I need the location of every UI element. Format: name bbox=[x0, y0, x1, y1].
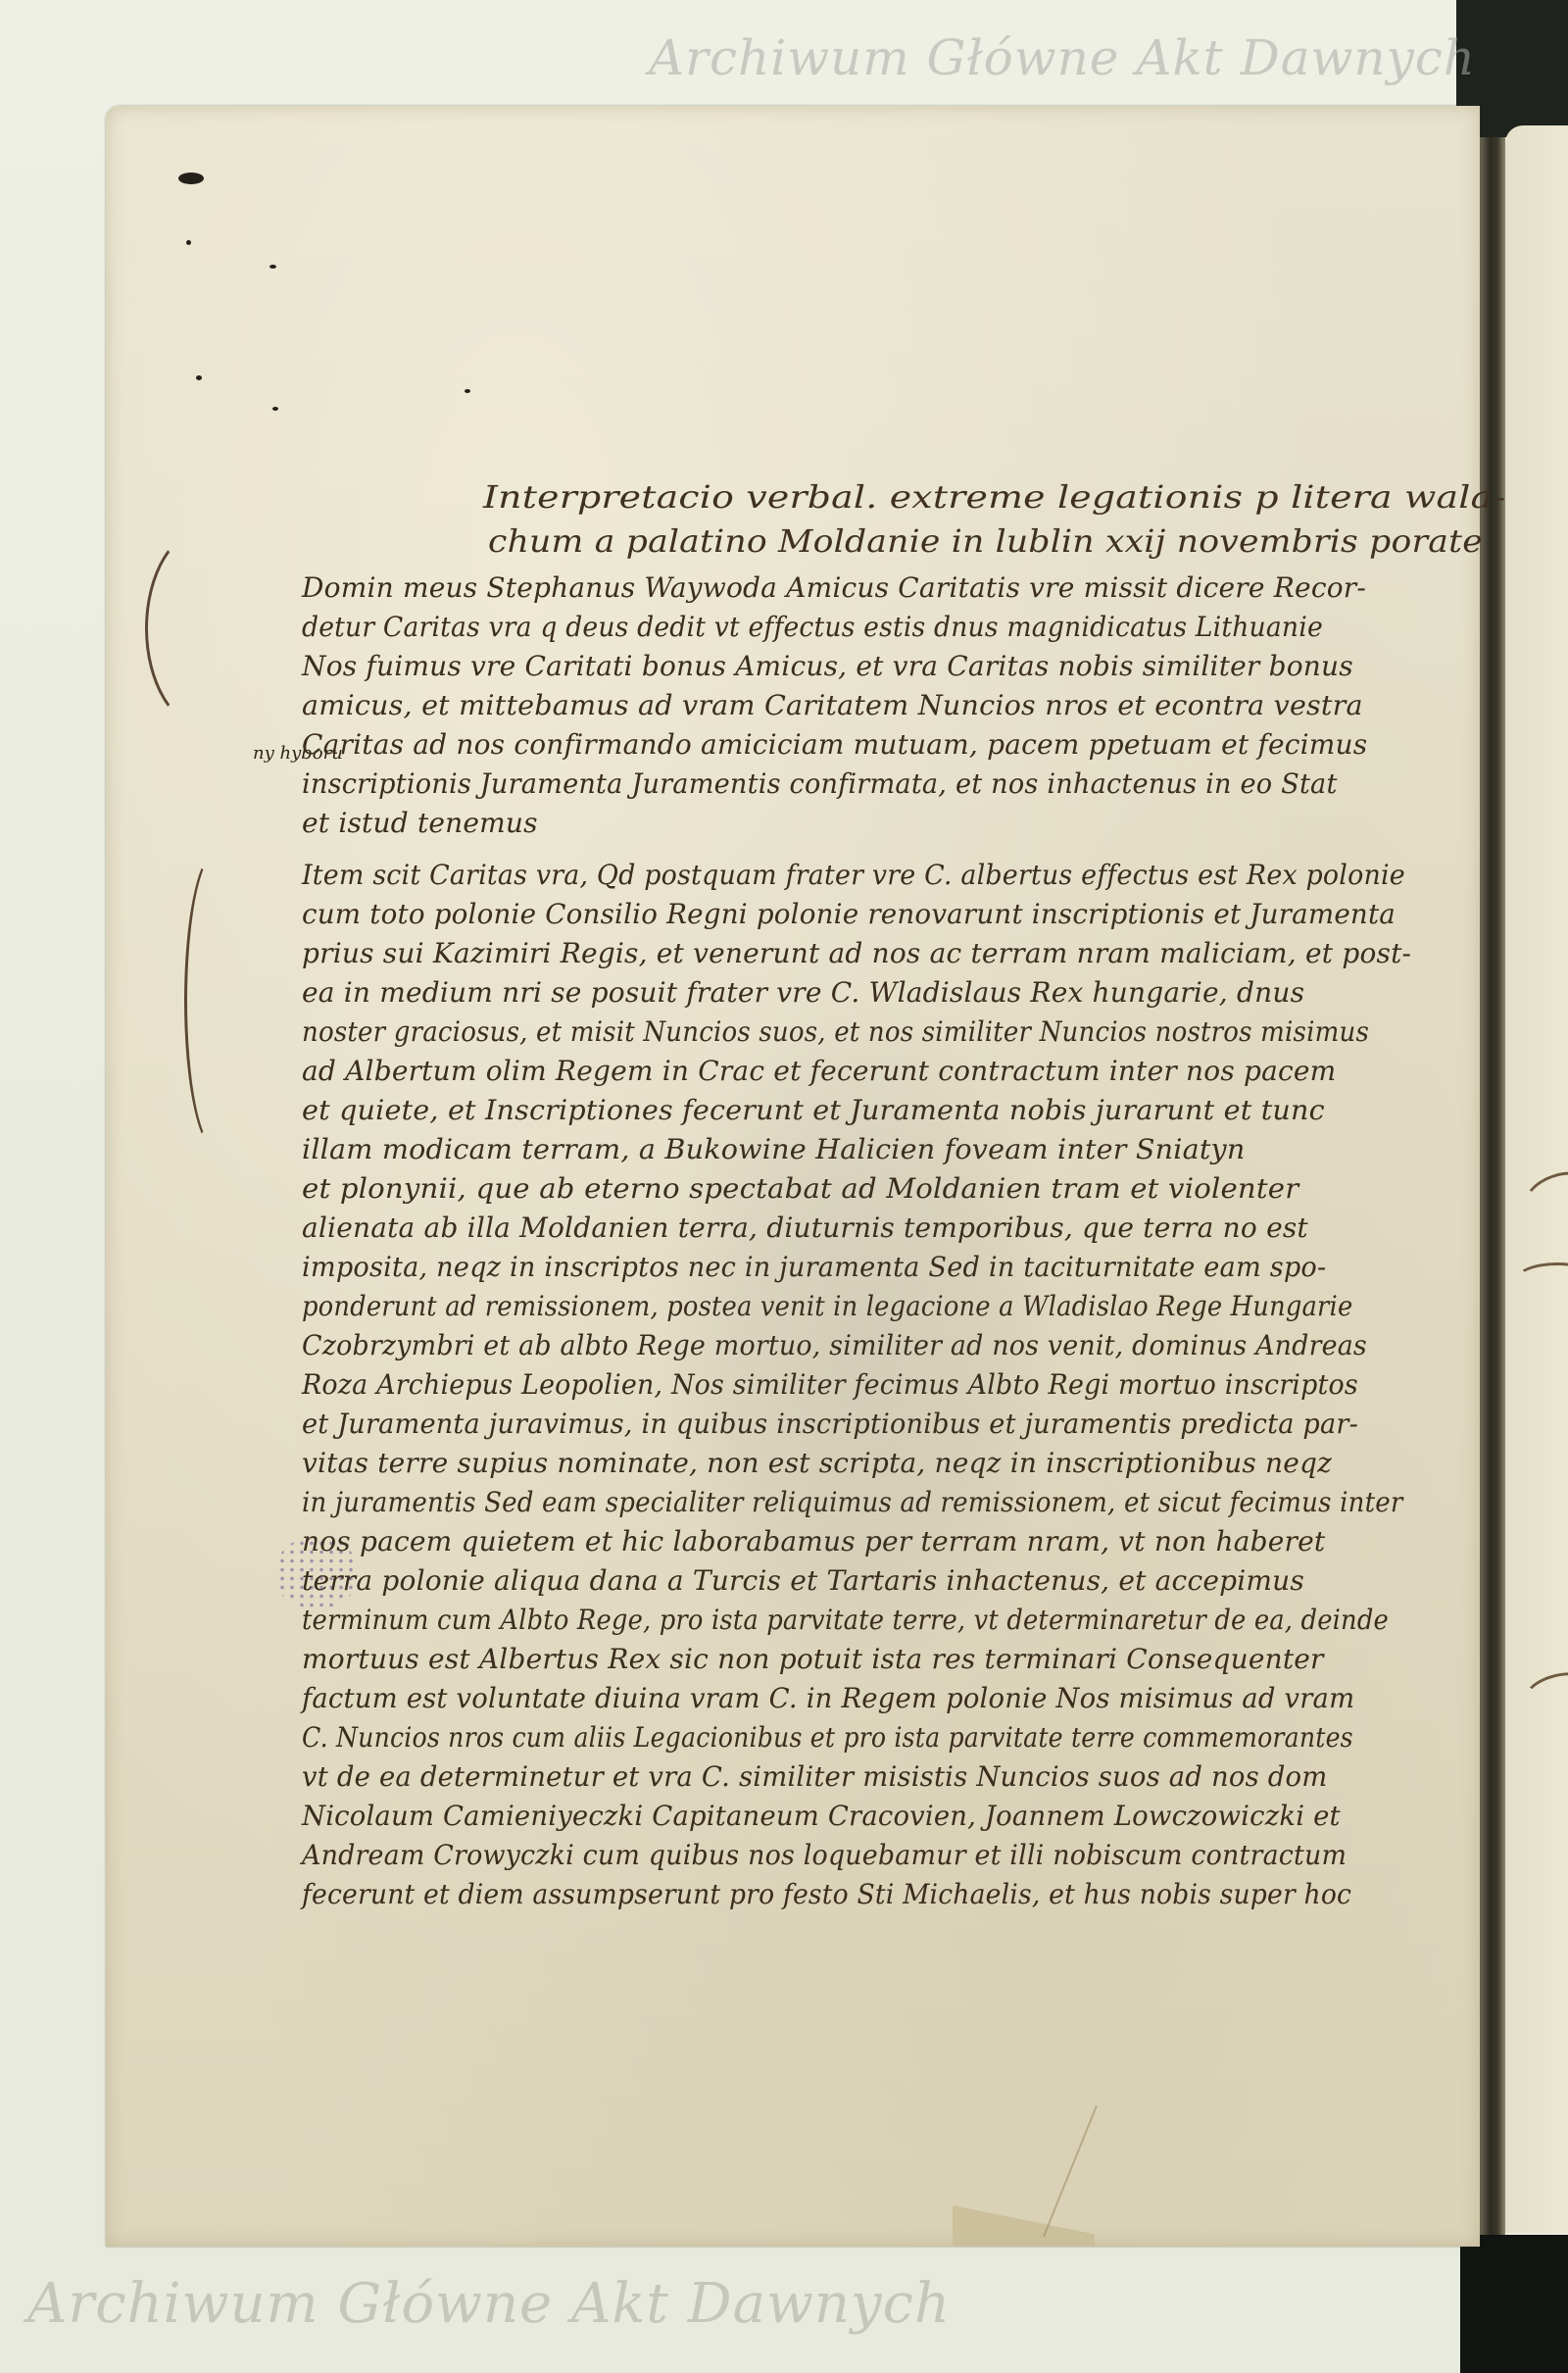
text-line: Andream Crowyczki cum quibus nos loqueba… bbox=[302, 1839, 1347, 1871]
text-line: illam modicam terram, a Bukowine Halicie… bbox=[302, 1133, 1245, 1165]
text-line: et plonynii, que ab eterno spectabat ad … bbox=[302, 1172, 1298, 1205]
text-line: amicus, et mittebamus ad vram Caritatem … bbox=[302, 689, 1363, 721]
manuscript-text: ny hyboru Interpretacio verbal. extreme … bbox=[106, 106, 1480, 2247]
text-line: in juramentis Sed eam specialiter reliqu… bbox=[302, 1486, 1403, 1518]
text-line: C. Nuncios nros cum aliis Legacionibus e… bbox=[302, 1721, 1353, 1754]
text-line: Czobrzymbri et ab albto Rege mortuo, sim… bbox=[302, 1329, 1367, 1361]
text-line: nos pacem quietem et hic laborabamus per… bbox=[302, 1525, 1325, 1557]
text-line: Domin meus Stephanus Waywoda Amicus Cari… bbox=[302, 571, 1366, 604]
text-line: cum toto polonie Consilio Regni polonie … bbox=[302, 898, 1396, 930]
manuscript-page: ny hyboru Interpretacio verbal. extreme … bbox=[106, 106, 1480, 2247]
archive-watermark-bottom: Archiwum Główne Akt Dawnych bbox=[27, 2272, 951, 2336]
text-line: vitas terre supius nominate, non est scr… bbox=[302, 1447, 1332, 1479]
text-line: et quiete, et Inscriptiones fecerunt et … bbox=[302, 1094, 1325, 1126]
text-line: prius sui Kazimiri Regis, et venerunt ad… bbox=[302, 937, 1411, 969]
heading-line: chum a palatino Moldanie in lublin xxij … bbox=[488, 522, 1483, 560]
text-line: factum est voluntate diuina vram C. in R… bbox=[302, 1682, 1354, 1714]
text-line: imposita, neqz in inscriptos nec in jura… bbox=[302, 1251, 1326, 1283]
text-line: alienata ab illa Moldanien terra, diutur… bbox=[302, 1211, 1308, 1244]
adjacent-page-ink-stroke bbox=[1522, 1666, 1568, 1713]
text-line: terminum cum Albto Rege, pro ista parvit… bbox=[302, 1604, 1389, 1636]
text-line: detur Caritas vra q deus dedit vt effect… bbox=[302, 611, 1323, 643]
text-line: fecerunt et diem assumpserunt pro festo … bbox=[302, 1878, 1351, 1910]
text-line: Item scit Caritas vra, Qd postquam frate… bbox=[302, 859, 1405, 891]
text-line: et istud tenemus bbox=[302, 807, 538, 839]
page-gutter bbox=[1480, 137, 1505, 2235]
archive-watermark-top: Archiwum Główne Akt Dawnych bbox=[649, 29, 1476, 86]
text-line: inscriptionis Juramenta Juramentis confi… bbox=[302, 767, 1338, 800]
text-line: Nos fuimus vre Caritati bonus Amicus, et… bbox=[302, 650, 1353, 682]
text-line: ad Albertum olim Regem in Crac et feceru… bbox=[302, 1055, 1336, 1087]
text-line: Nicolaum Camieniyeczki Capitaneum Cracov… bbox=[302, 1800, 1341, 1832]
text-line: Roza Archiepus Leopolien, Nos similiter … bbox=[302, 1368, 1358, 1401]
adjacent-page-ink-stroke bbox=[1521, 1164, 1568, 1219]
text-line: noster graciosus, et misit Nuncios suos,… bbox=[302, 1015, 1369, 1048]
text-line: Caritas ad nos confirmando amiciciam mut… bbox=[302, 728, 1367, 761]
text-line: vt de ea determinetur et vra C. similite… bbox=[302, 1760, 1328, 1793]
text-line: terra polonie aliqua dana a Turcis et Ta… bbox=[302, 1564, 1304, 1597]
adjacent-page-ink-stroke bbox=[1515, 1262, 1568, 1298]
text-line: ponderunt ad remissionem, postea venit i… bbox=[302, 1290, 1352, 1322]
binding-bottom bbox=[1460, 2235, 1568, 2373]
text-line: mortuus est Albertus Rex sic non potuit … bbox=[302, 1643, 1324, 1675]
heading-line: Interpretacio verbal. extreme legationis… bbox=[483, 478, 1505, 516]
adjacent-page bbox=[1505, 125, 1568, 2233]
text-line: ea in medium nri se posuit frater vre C.… bbox=[302, 976, 1304, 1009]
text-line: et Juramenta juravimus, in quibus inscri… bbox=[302, 1408, 1358, 1440]
